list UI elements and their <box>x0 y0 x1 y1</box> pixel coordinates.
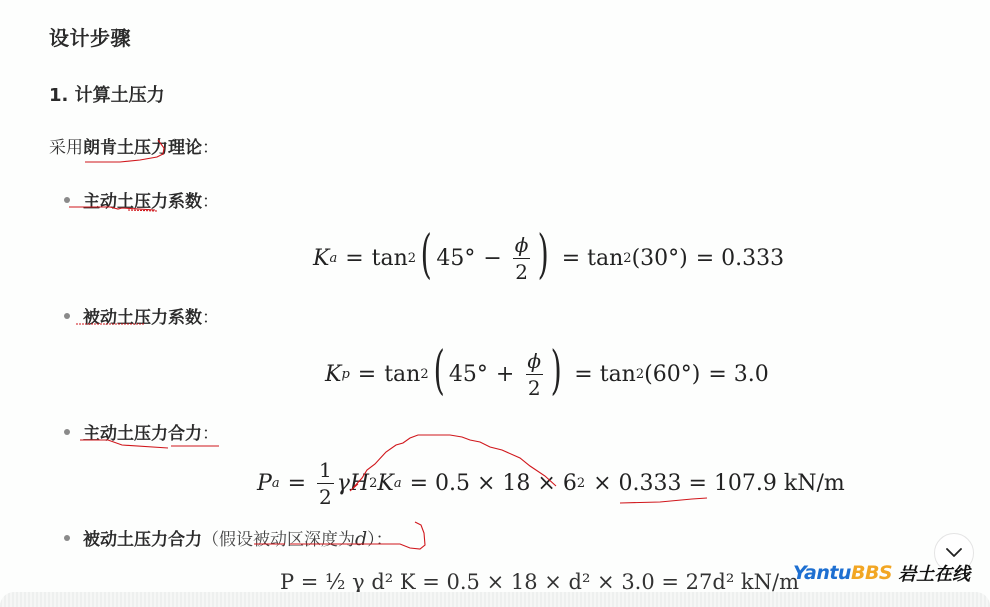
intro-prefix: 采用 <box>49 138 83 158</box>
frac-den: 2 <box>317 483 334 507</box>
eq-tan: tan <box>384 362 420 387</box>
chevron-down-icon <box>946 548 962 558</box>
eq-rhs-pow: 2 <box>577 476 585 491</box>
equation-pa: Pa = 12 γH2Ka = 0.5 × 18 × 62 × 0.333 = … <box>257 460 845 507</box>
eq-K: K <box>377 471 393 496</box>
eq-angle: 45° <box>436 246 475 271</box>
eq-lhs: P <box>257 471 272 496</box>
section-title: 1. 计算土压力 <box>49 81 165 107</box>
bullet-passive-resultant: 被动土压力合力（假设被动区深度为d）： <box>64 525 393 550</box>
eq-result: = 3.0 <box>708 362 768 387</box>
eq-pow: 2 <box>420 367 428 382</box>
page-heading: 设计步骤 <box>49 22 131 51</box>
intro-paragraph: 采用朗肯土压力理论： <box>49 133 219 158</box>
eq-tan: tan <box>372 246 408 271</box>
bullet-suffix: ： <box>202 308 219 328</box>
bullet-passive-coefficient: 被动土压力系数： <box>64 303 219 328</box>
eq-mid: = tan <box>574 362 636 387</box>
frac-den: 2 <box>526 374 543 398</box>
bullet-suffix: ： <box>202 192 219 212</box>
bullet-dot <box>64 429 70 435</box>
eq-rhs2: × 0.333 = 107.9 kN/m <box>593 471 845 496</box>
intro-suffix: ： <box>202 138 219 158</box>
frac-num: ϕ <box>515 233 529 257</box>
eq-rhs: = 0.5 × 18 × 6 <box>410 471 577 496</box>
eq-op: + <box>496 362 514 387</box>
eq-lhs-sub: p <box>341 367 349 382</box>
frac-num: 1 <box>317 460 334 483</box>
bullet-label: 被动土压力系数 <box>83 308 202 328</box>
eq-pow: 2 <box>408 251 416 266</box>
eq-fraction: ϕ2 <box>513 235 531 282</box>
eq-mid-pow: 2 <box>623 251 631 266</box>
frac-num: ϕ <box>527 349 541 373</box>
eq-fraction: 12 <box>317 460 334 507</box>
right-paren: ) <box>551 345 562 397</box>
bullet-var: d <box>355 528 367 550</box>
right-paren: ) <box>538 229 549 281</box>
eq-H: H <box>350 471 369 496</box>
bullet-suffix: ： <box>202 424 219 444</box>
eq-lhs: K <box>313 246 329 271</box>
eq-mid-arg: (30°) <box>632 246 688 271</box>
equation-pp-partial: P = ½ γ d² K = 0.5 × 18 × d² × 3.0 = 27d… <box>280 570 799 594</box>
bottom-fade-overlay <box>0 592 990 607</box>
logo-yantu: Yantu <box>793 562 851 584</box>
bullet-dot <box>64 197 70 203</box>
eq-gamma: γ <box>337 471 350 496</box>
eq-lhs: K <box>325 362 341 387</box>
bullet-dot <box>64 535 70 541</box>
frac-den: 2 <box>513 258 530 282</box>
bullet-active-coefficient: 主动土压力系数： <box>64 187 219 212</box>
left-paren: ( <box>433 345 444 397</box>
watermark-logo: YantuBBS岩土在线 <box>793 561 970 585</box>
eq-fraction: ϕ2 <box>525 351 543 398</box>
bullet-note: （假设被动区深度为 <box>202 530 355 550</box>
equation-ka: Ka = tan2 ( 45° − ϕ2 ) = tan2(30°) = 0.3… <box>313 232 784 284</box>
bullet-label: 主动土压力合力 <box>83 424 202 444</box>
bullet-active-resultant: 主动土压力合力： <box>64 419 219 444</box>
eq-result: = 0.333 <box>696 246 784 271</box>
logo-cn: 岩土在线 <box>898 560 970 586</box>
eq-mid-pow: 2 <box>636 367 644 382</box>
eq-mid: = tan <box>562 246 624 271</box>
eq-angle: 45° <box>449 362 488 387</box>
logo-bbs: BBS <box>851 562 892 584</box>
eq-op: − <box>483 246 501 271</box>
bullet-note-end: ） <box>367 530 376 550</box>
eq-lhs-sub: a <box>272 476 280 491</box>
left-paren: ( <box>421 229 432 281</box>
intro-bold-term: 朗肯土压力理论 <box>83 138 202 158</box>
eq-mid-arg: (60°) <box>644 362 700 387</box>
bullet-dot <box>64 313 70 319</box>
equation-kp: Kp = tan2 ( 45° + ϕ2 ) = tan2(60°) = 3.0 <box>325 348 769 400</box>
bullet-label: 主动土压力系数 <box>83 192 202 212</box>
eq-lhs-sub: a <box>329 251 337 266</box>
eq-K-sub: a <box>394 476 402 491</box>
bullet-label: 被动土压力合力 <box>83 530 202 550</box>
bullet-suffix: ： <box>376 530 393 550</box>
